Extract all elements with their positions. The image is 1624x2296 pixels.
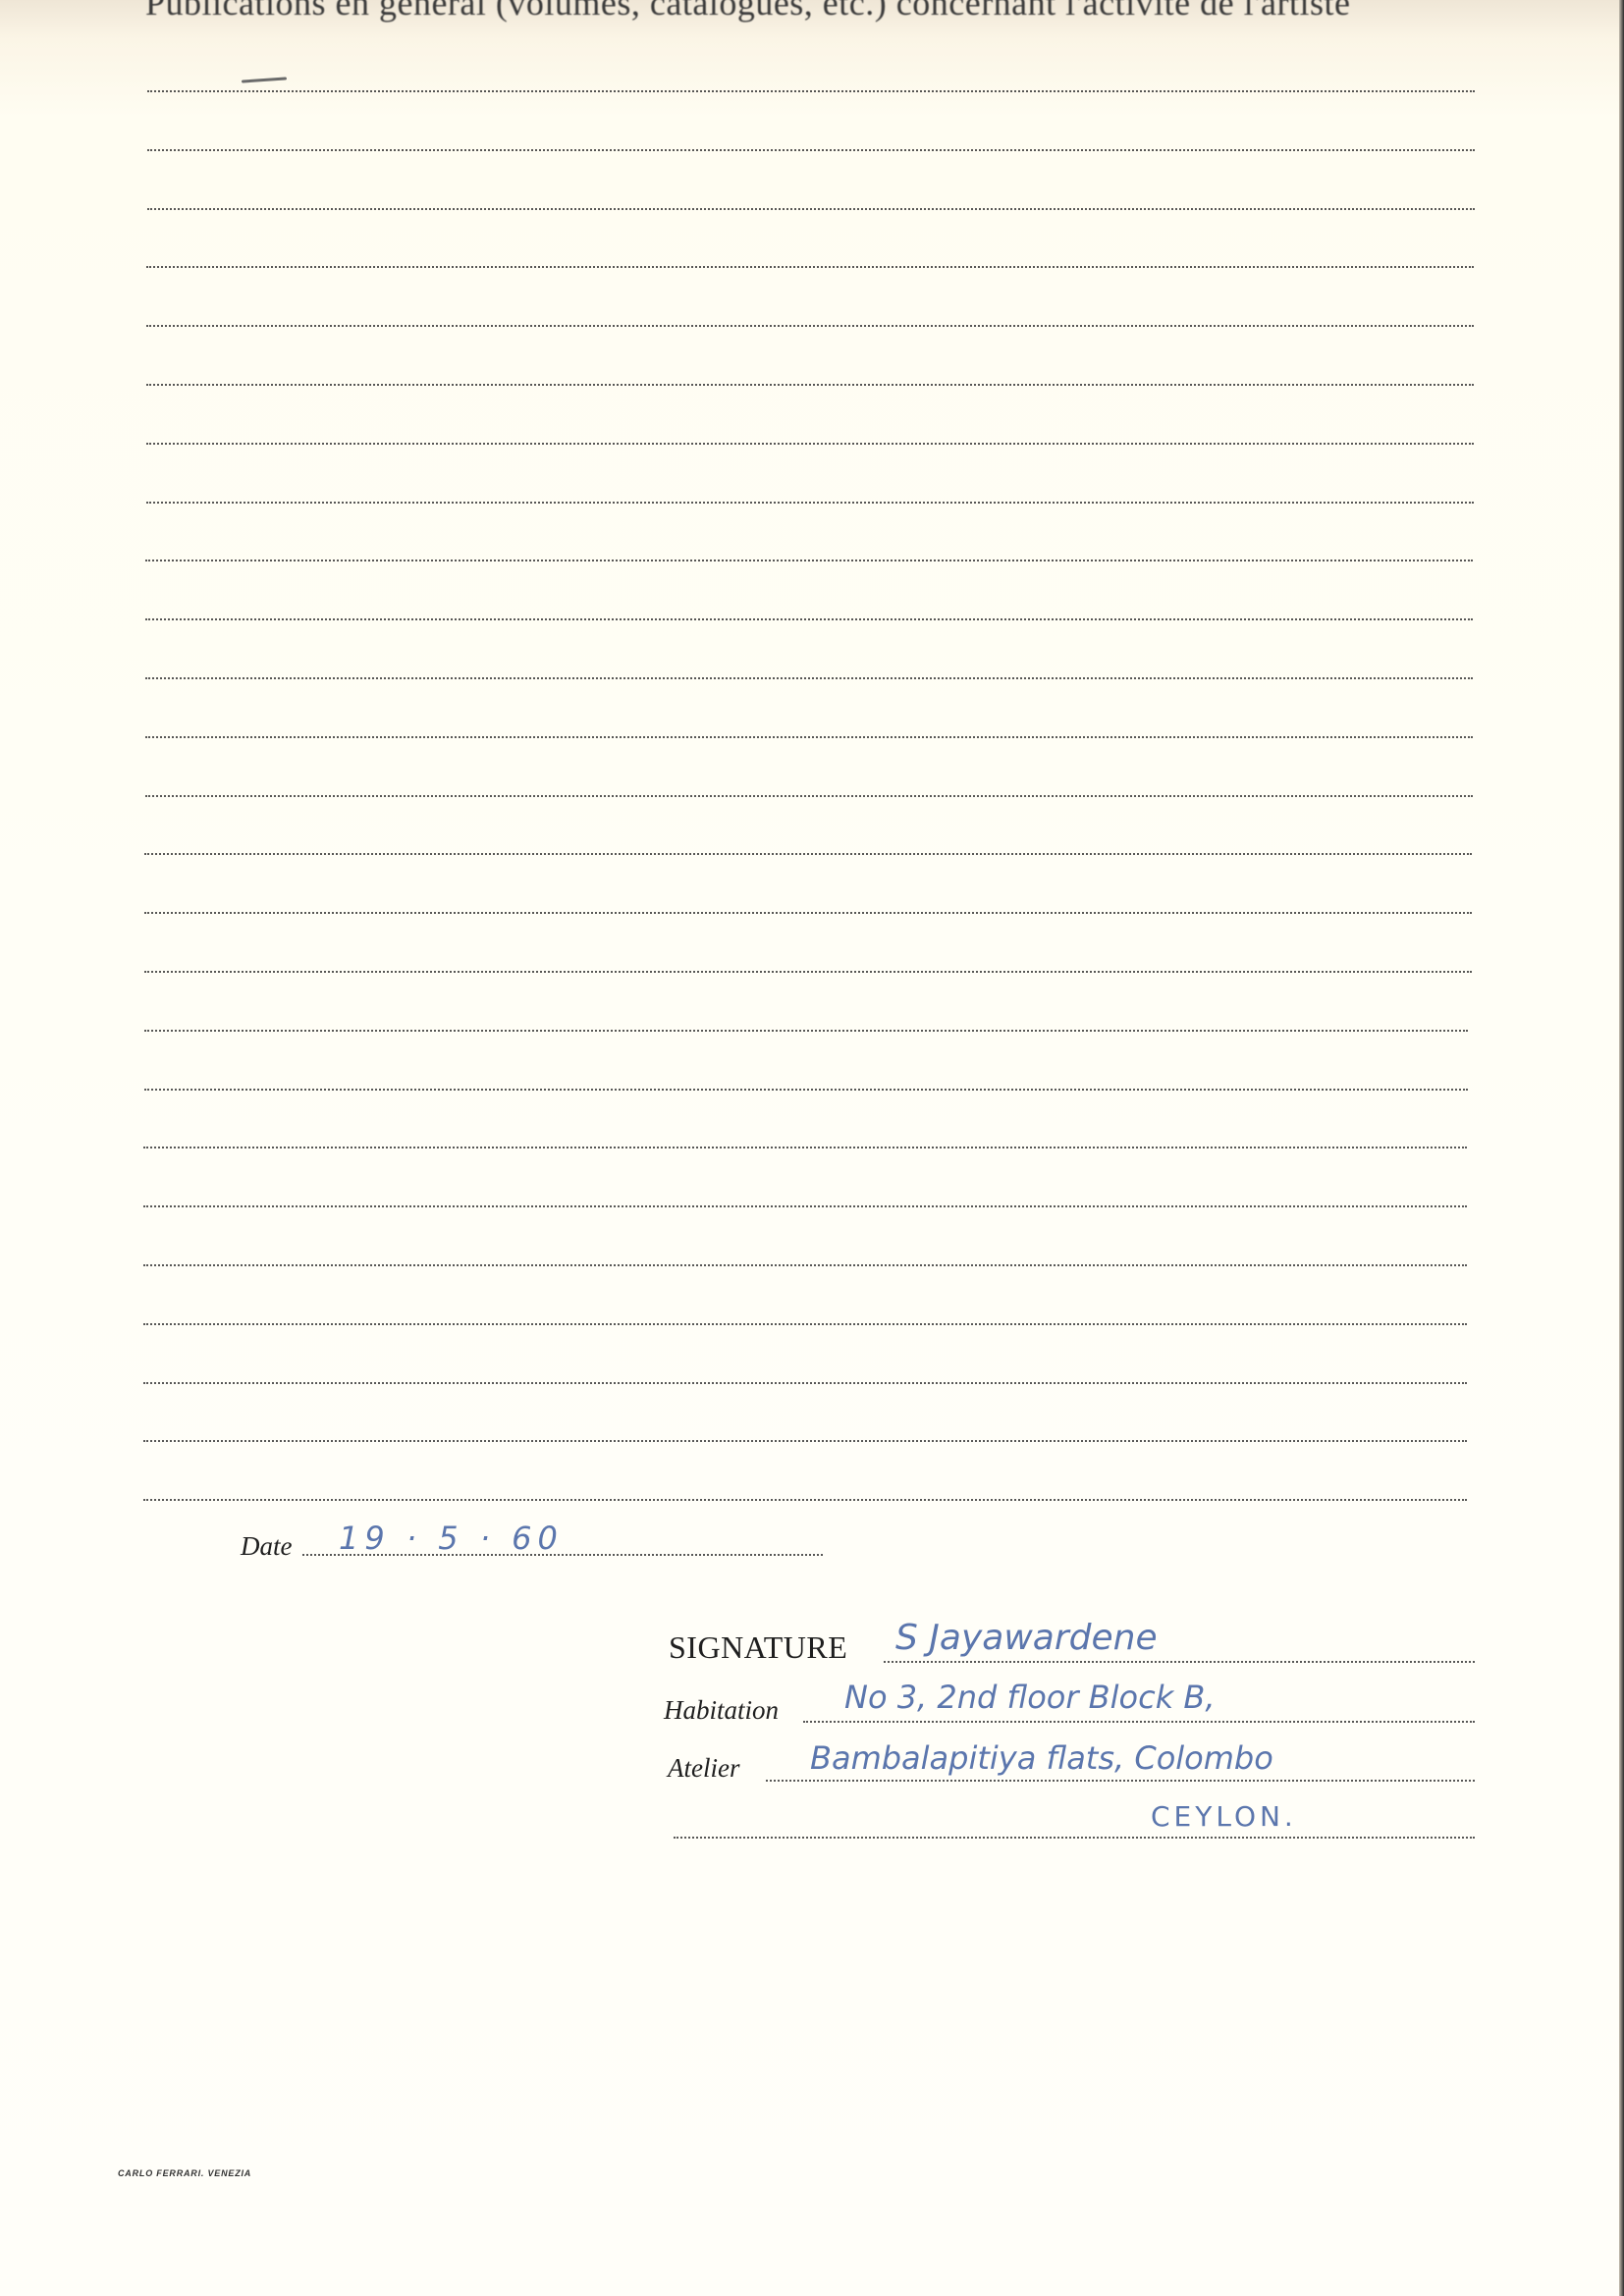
date-value: 19 · 5 · 60 <box>339 1520 564 1557</box>
signature-line[interactable] <box>884 1661 1475 1663</box>
publication-entry-line[interactable] <box>145 618 1473 620</box>
atelier-value: Bambalapitiya flats, Colombo <box>810 1739 1273 1777</box>
publication-entry-line[interactable] <box>144 1030 1468 1032</box>
publication-entry-line[interactable] <box>145 677 1473 679</box>
publication-entry-line[interactable] <box>147 149 1475 151</box>
section-header: Publications en général (volumes, catalo… <box>145 0 1351 24</box>
printer-mark: CARLO FERRARI. VENEZIA <box>118 2168 251 2178</box>
publication-entry-line[interactable] <box>143 1323 1467 1325</box>
publication-entry-line[interactable] <box>146 266 1474 268</box>
publication-entry-line[interactable] <box>144 1089 1468 1091</box>
signature-label: SIGNATURE <box>669 1629 847 1666</box>
publication-entry-line[interactable] <box>144 853 1472 855</box>
habitation-line[interactable] <box>803 1721 1475 1723</box>
habitation-label: Habitation <box>664 1695 779 1726</box>
publication-entry-line[interactable] <box>144 912 1472 914</box>
publication-entry-line[interactable] <box>146 325 1474 327</box>
signature-value: S Jayawardene <box>895 1618 1158 1658</box>
habitation-value: No 3, 2nd floor Block B, <box>844 1679 1216 1716</box>
publication-entry-line[interactable] <box>147 90 1475 92</box>
publication-entry-line[interactable] <box>146 443 1474 445</box>
publication-entry-line[interactable] <box>143 1440 1467 1442</box>
publication-entry-line[interactable] <box>143 1147 1467 1148</box>
publication-entry-line[interactable] <box>143 1382 1467 1384</box>
publication-entry-line[interactable] <box>144 971 1472 973</box>
publication-entry-line[interactable] <box>146 502 1474 504</box>
publication-entry-line[interactable] <box>145 560 1473 561</box>
publication-entry-line[interactable] <box>143 1205 1467 1207</box>
publication-entry-line[interactable] <box>145 795 1473 797</box>
publication-entry-line[interactable] <box>143 1264 1467 1266</box>
publication-entry-line[interactable] <box>143 1499 1467 1501</box>
publication-entry-line[interactable] <box>145 736 1473 738</box>
page-edge-shadow <box>1619 0 1624 2296</box>
address-extra-value: CEYLON. <box>1151 1800 1297 1833</box>
atelier-label: Atelier <box>668 1753 739 1784</box>
publication-entry-line[interactable] <box>146 384 1474 386</box>
date-label: Date <box>241 1531 292 1562</box>
atelier-line[interactable] <box>766 1780 1475 1782</box>
publication-entry-line[interactable] <box>147 208 1475 210</box>
address-extra-line[interactable] <box>674 1837 1475 1839</box>
